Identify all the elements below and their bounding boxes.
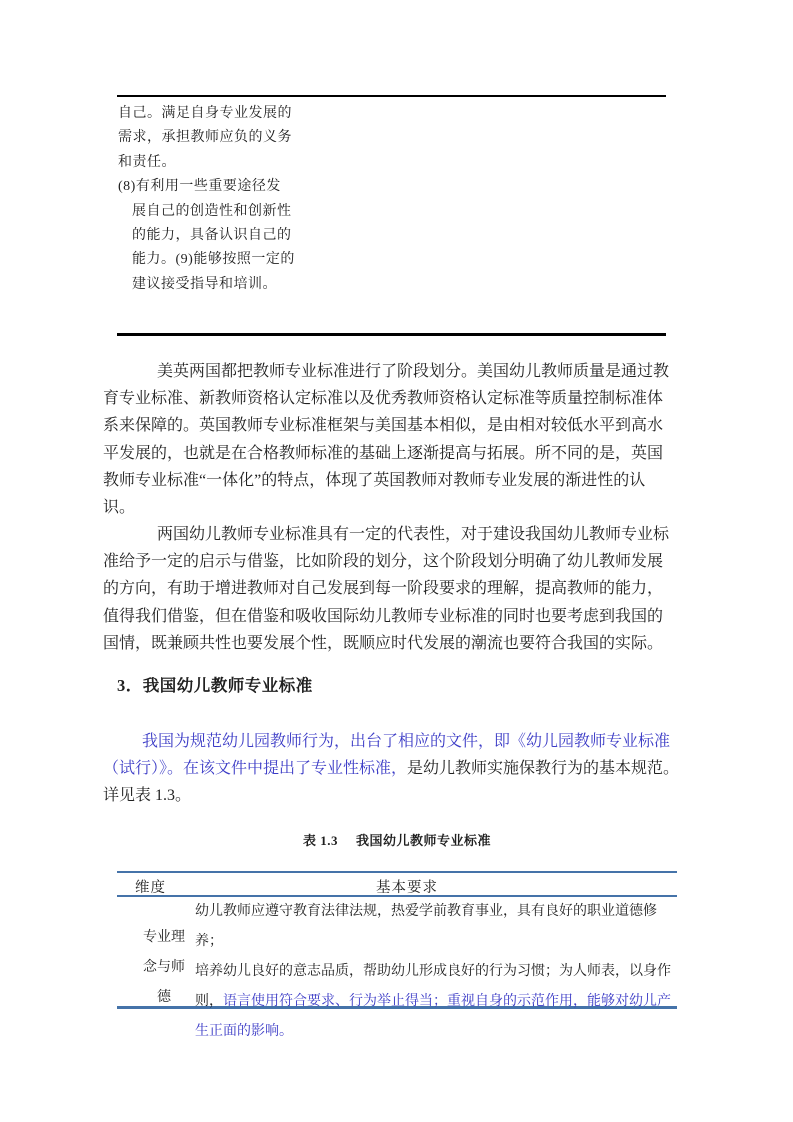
standards-table: 维度 基本要求 专业理 念与师 德 幼儿教师应遵守教育法律法规，热爱学前教育事业… [117, 871, 677, 1009]
cited-text: （试行）》。在该文件中提出了专业性标准， [103, 760, 407, 777]
paragraph-line: 我国为规范幼儿园教师行为，出台了相应的文件，即《幼儿园教师专业标准 [103, 728, 693, 755]
dimension-line: 念与师 [131, 953, 197, 983]
paragraph-line: 值得我们借鉴，但在借鉴和吸收国际幼儿教师专业标准的同时也要考虑到我国的 [103, 603, 693, 630]
requirement-line: 生正面的影响。 [195, 1017, 677, 1047]
paragraph-line: 系来保障的。英国教师专业标准框架与美国基本相似，是由相对较低水平到高水 [103, 412, 693, 439]
paragraph-line: （试行）》。在该文件中提出了专业性标准，是幼儿教师实施保教行为的基本规范。 [103, 755, 693, 782]
section-heading: 3．我国幼儿教师专业标准 [117, 672, 313, 696]
paragraph-china-standard-intro: 我国为规范幼儿园教师行为，出台了相应的文件，即《幼儿园教师专业标准 （试行）》。… [103, 728, 693, 810]
dimension-line: 专业理 [131, 923, 197, 953]
table-header-row: 维度 基本要求 [117, 871, 677, 897]
fragment-line: 的能力，具备认识自己的 [132, 224, 317, 248]
header-dimension: 维度 [135, 876, 166, 897]
paragraph-two-countries: 两国幼儿教师专业标准具有一定的代表性，对于建设我国幼儿教师专业标 准给予一定的启… [103, 521, 693, 657]
header-requirement: 基本要求 [187, 876, 627, 897]
table-caption-number: 表 1.3 [303, 833, 338, 848]
dimension-line: 德 [131, 983, 197, 1013]
paragraph-us-uk-standards: 美英两国都把教师专业标准进行了阶段划分。美国幼儿教师质量是通过教 育专业标准、新… [103, 358, 693, 521]
cell-dimension: 专业理 念与师 德 [131, 923, 197, 1013]
fragment-line: (8)有利用一些重要途径发 [118, 175, 317, 199]
paragraph-line: 国情，既兼顾共性也要发展个性，既顺应时代发展的潮流也要符合我国的实际。 [103, 630, 693, 657]
fragment-line: 建议接受指导和培训。 [132, 273, 317, 297]
highlighted-text: 语言使用符合要求、行为举止得当；重视自身的示范作用，能够对幼儿产 [223, 994, 671, 1009]
previous-table-fragment: 自己。满足自身专业发展的 需求，承担教师应负的义务 和责任。 (8)有利用一些重… [117, 95, 666, 336]
fragment-line: 展自己的创造性和创新性 [132, 200, 317, 224]
paragraph-line: 详见表 1.3。 [103, 782, 693, 809]
paragraph-line: 教师专业标准“一体化”的特点，体现了英国教师对教师专业发展的渐进性的认 [103, 467, 693, 494]
paragraph-line: 美英两国都把教师专业标准进行了阶段划分。美国幼儿教师质量是通过教 [103, 358, 693, 385]
table-caption-title: 我国幼儿教师专业标准 [356, 833, 491, 848]
paragraph-line: 的方向，有助于增进教师对自己发展到每一阶段要求的理解，提高教师的能力， [103, 575, 693, 602]
cell-requirement: 幼儿教师应遵守教育法律法规，热爱学前教育事业，具有良好的职业道德修养； 培养幼儿… [195, 897, 677, 1047]
requirement-line: 幼儿教师应遵守教育法律法规，热爱学前教育事业，具有良好的职业道德修养； [195, 897, 677, 957]
paragraph-line: 平发展的，也就是在合格教师标准的基础上逐渐提高与拓展。所不同的是，英国 [103, 440, 693, 467]
fragment-line: 能力。(9)能够按照一定的 [132, 248, 317, 272]
cited-text: 我国为规范幼儿园教师行为，出台了相应的文件，即《幼儿园教师专业标准 [142, 733, 670, 750]
plain-text: 是幼儿教师实施保教行为的基本规范。 [407, 760, 679, 777]
paragraph-line: 两国幼儿教师专业标准具有一定的代表性，对于建设我国幼儿教师专业标 [103, 521, 693, 548]
paragraph-line: 准给予一定的启示与借鉴，比如阶段的划分，这个阶段划分明确了幼儿教师发展 [103, 548, 693, 575]
fragment-line: 需求，承担教师应负的义务 [118, 126, 317, 150]
document-page: 自己。满足自身专业发展的 需求，承担教师应负的义务 和责任。 (8)有利用一些重… [0, 0, 793, 1122]
paragraph-line: 识。 [103, 494, 693, 521]
fragment-text-cell: 自己。满足自身专业发展的 需求，承担教师应负的义务 和责任。 (8)有利用一些重… [117, 97, 317, 297]
fragment-line: 自己。满足自身专业发展的 [118, 102, 317, 126]
requirement-line: 培养幼儿良好的意志品质，帮助幼儿形成良好的行为习惯；为人师表，以身作 [195, 957, 677, 987]
paragraph-line: 育专业标准、新教师资格认定标准以及优秀教师资格认定标准等质量控制标准体 [103, 385, 693, 412]
highlighted-text: 生正面的影响。 [195, 1024, 293, 1039]
requirement-line: 则，语言使用符合要求、行为举止得当；重视自身的示范作用，能够对幼儿产 [195, 987, 677, 1017]
plain-text: 则， [195, 994, 223, 1009]
table-caption: 表 1.3我国幼儿教师专业标准 [117, 830, 677, 849]
table-body-row: 专业理 念与师 德 幼儿教师应遵守教育法律法规，热爱学前教育事业，具有良好的职业… [117, 897, 677, 1009]
fragment-line: 和责任。 [118, 151, 317, 175]
